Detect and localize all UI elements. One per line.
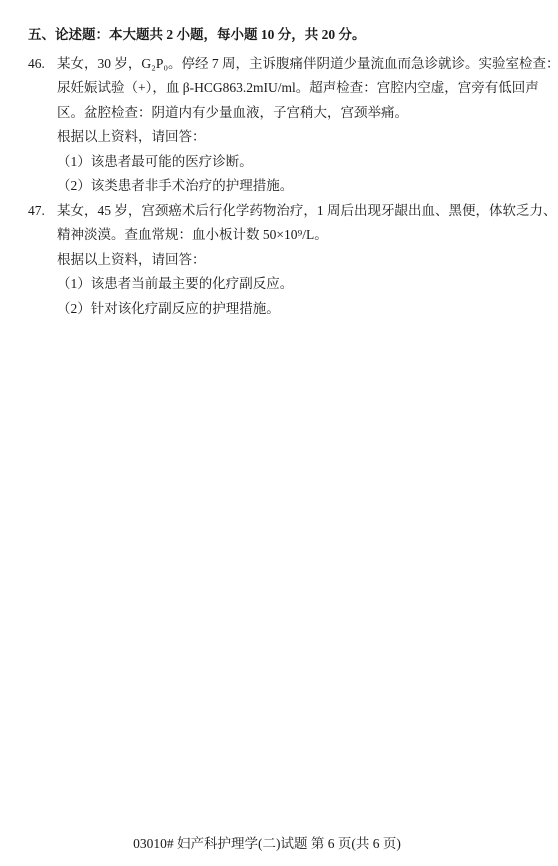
question-line: 精神淡漠。查血常规：血小板计数 50×10⁹/L。 [57,223,542,248]
question-subitem: （1）该患者当前最主要的化疗副反应。 [57,272,542,297]
question-block-47: 47. 某女，45 岁，宫颈癌术后行化学药物治疗，1 周后出现牙龈出血、黑便，体… [28,199,542,322]
question-body: 某女，45 岁，宫颈癌术后行化学药物治疗，1 周后出现牙龈出血、黑便，体软乏力、… [57,199,542,322]
question-line: 区。盆腔检查：阴道内有少量血液，子宫稍大，宫颈举痛。 [57,101,542,126]
question-subitem: （1）该患者最可能的医疗诊断。 [57,150,542,175]
question-line: 尿妊娠试验（+），血 β-HCG863.2mIU/ml。超声检查：宫腔内空虚，宫… [57,76,542,101]
question-subitem: （2）该类患者非手术治疗的护理措施。 [57,174,542,199]
question-number: 46. [28,52,57,77]
section-header: 五、论述题：本大题共 2 小题，每小题 10 分，共 20 分。 [28,23,542,48]
question-block-46: 46. 某女，30 岁，G₂P₀。停经 7 周，主诉腹痛伴阴道少量流血而急诊就诊… [28,52,542,199]
question-line: 某女，30 岁，G₂P₀。停经 7 周，主诉腹痛伴阴道少量流血而急诊就诊。实验室… [57,52,542,77]
question-line: 根据以上资料，请回答： [57,125,542,150]
question-body: 某女，30 岁，G₂P₀。停经 7 周，主诉腹痛伴阴道少量流血而急诊就诊。实验室… [57,52,542,199]
question-line: 某女，45 岁，宫颈癌术后行化学药物治疗，1 周后出现牙龈出血、黑便，体软乏力、 [57,199,542,224]
question-number: 47. [28,199,57,224]
question-line: 根据以上资料，请回答： [57,248,542,273]
page-footer: 03010# 妇产科护理学(二)试题 第 6 页(共 6 页) [0,832,534,857]
exam-page: 五、论述题：本大题共 2 小题，每小题 10 分，共 20 分。 46. 某女，… [0,0,558,866]
question-subitem: （2）针对该化疗副反应的护理措施。 [57,297,542,322]
